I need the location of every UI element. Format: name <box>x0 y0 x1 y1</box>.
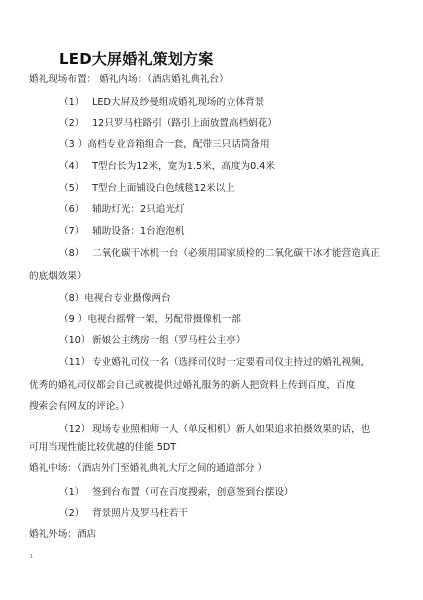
item-number: （3 ） <box>59 139 87 151</box>
item-text: 二氧化碳干冰机一台（必须用国家质检的二氧化碳干冰才能营造真正 <box>92 248 380 259</box>
document-title: LED大屏婚礼策划方案 <box>59 48 213 69</box>
item-number: （7） <box>59 226 89 238</box>
item-number: （8） <box>59 293 84 305</box>
item-text: 专业婚礼司仪一名（选择司仪时一定要看司仪主持过的婚礼视频， <box>92 357 370 368</box>
list-item: （11） 专业婚礼司仪一名（选择司仪时一定要看司仪主持过的婚礼视频， <box>59 357 370 369</box>
list-item: （9 ）电视台摇臂一架，另配带摄像机一部 <box>59 314 241 326</box>
list-item: （12） 现场专业照相师一人（单反相机）新人如果追求拍摄效果的话，也 <box>59 424 370 436</box>
item-number: （11） <box>59 357 89 369</box>
item-number: （1） <box>59 487 89 499</box>
document-page: LED大屏婚礼策划方案 婚礼现场布置： 婚礼内场：（酒店婚礼典礼台） （1） L… <box>0 0 423 600</box>
outer-venue-heading: 婚礼外场：酒店 <box>29 529 96 541</box>
item-number: （1） <box>59 97 89 109</box>
item-text: 辅助灯光：2只追光灯 <box>92 204 184 215</box>
list-item: （1） LED大屏及纱曼组成婚礼现场的立体背景 <box>59 97 264 109</box>
item-text: 新娘公主绣房一组（罗马柱公主亭） <box>92 335 246 346</box>
item-number: （8） <box>59 248 89 260</box>
item-text: 电视台专业摄像两台 <box>84 293 170 304</box>
item-number: （9 ） <box>59 314 87 326</box>
list-item-continuation: 可用当现性能比较优越的佳能 5DT <box>29 442 176 454</box>
list-item: （6） 辅助灯光：2只追光灯 <box>59 204 185 216</box>
item-number: （5） <box>59 183 89 195</box>
item-number: （2） <box>59 118 89 130</box>
item-text: 背景照片及罗马柱若干 <box>92 508 188 519</box>
list-item: （2） 12只罗马柱路引（路引上面放置高档娟花） <box>59 118 277 130</box>
item-number: （4） <box>59 161 89 173</box>
item-number: （2） <box>59 508 89 520</box>
item-text: 现场专业照相师一人（单反相机）新人如果追求拍摄效果的话，也 <box>92 424 370 435</box>
venue-layout-heading: 婚礼现场布置： 婚礼内场：（酒店婚礼典礼台） <box>29 74 229 86</box>
list-item: （3 ）高档专业音箱组合一套，配带三只话筒备用 <box>59 139 270 151</box>
list-item: （8）电视台专业摄像两台 <box>59 293 171 305</box>
item-text: 12只罗马柱路引（路引上面放置高档娟花） <box>92 118 277 129</box>
item-number: （10） <box>59 335 89 347</box>
list-item-continuation: 优秀的婚礼司仪都会自己或被提供过婚礼服务的新人把资料上传到百度，百度 <box>29 380 355 392</box>
list-item-continuation: 的底烟效果） <box>29 271 87 283</box>
item-text: T型台长为12米，宽为1.5米，高度为0.4米 <box>92 161 275 172</box>
list-item: （2） 背景照片及罗马柱若干 <box>59 508 188 520</box>
item-text: 辅助设备：1台泡泡机 <box>92 226 184 237</box>
item-text: 高档专业音箱组合一套，配带三只话筒备用 <box>87 139 269 150</box>
list-item-continuation: 搜索会有网友的评论。） <box>29 401 130 413</box>
page-number: 1 <box>30 554 33 560</box>
item-number: （6） <box>59 204 89 216</box>
list-item: （8） 二氧化碳干冰机一台（必须用国家质检的二氧化碳干冰才能营造真正 <box>59 248 380 260</box>
item-number: （12） <box>59 424 89 436</box>
list-item: （1） 签到台布置（可在百度搜索，创意签到台摆设） <box>59 487 294 499</box>
item-text: 签到台布置（可在百度搜索，创意签到台摆设） <box>92 487 293 498</box>
item-text: T型台上面铺设白色绒毯12米以上 <box>92 183 235 194</box>
item-text: 电视台摇臂一架，另配带摄像机一部 <box>87 314 241 325</box>
list-item: （7） 辅助设备：1台泡泡机 <box>59 226 185 238</box>
middle-venue-heading: 婚礼中场：（酒店外门至婚礼典礼大厅之间的通道部分 ） <box>29 463 267 475</box>
list-item: （10） 新娘公主绣房一组（罗马柱公主亭） <box>59 335 246 347</box>
list-item: （4） T型台长为12米，宽为1.5米，高度为0.4米 <box>59 161 275 173</box>
item-text: LED大屏及纱曼组成婚礼现场的立体背景 <box>92 97 264 108</box>
list-item: （5） T型台上面铺设白色绒毯12米以上 <box>59 183 235 195</box>
